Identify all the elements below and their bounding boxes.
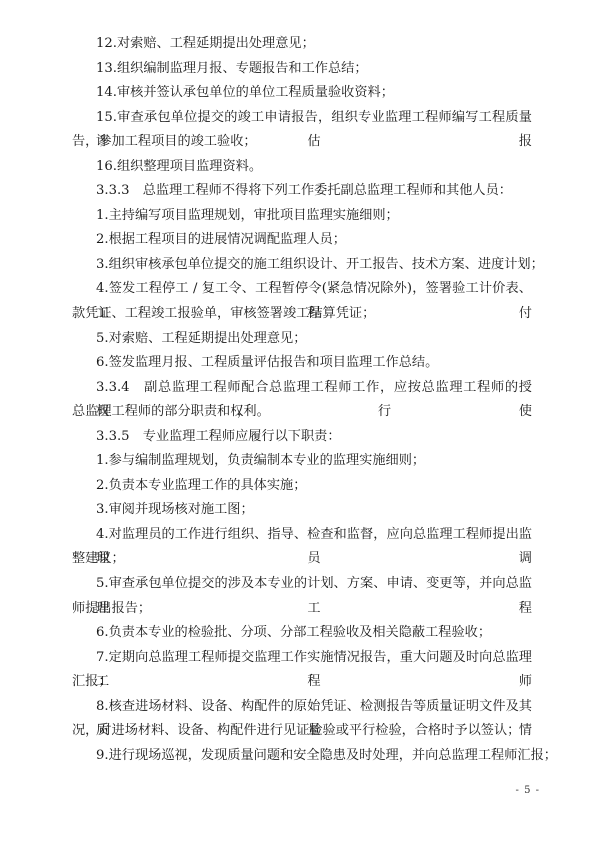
text-line: 15.审查承包单位提交的竣工申请报告，组织专业监理工程师编写工程质量评估报 — [72, 106, 532, 131]
text-line: 3.3.4 副总监理工程师配合总监理工程师工作，应按总监理工程师的授权，行使 — [72, 376, 532, 401]
text-line: 2.根据工程项目的进展情况调配监理人员； — [72, 228, 532, 253]
text-line: 3.审阅并现场核对施工图； — [72, 498, 532, 523]
text-line: 6.签发监理月报、工程质量评估报告和项目监理工作总结。 — [72, 351, 532, 376]
text-line: 5.对索赔、工程延期提出处理意见； — [72, 327, 532, 352]
text-line: 8.核查进场材料、设备、构配件的原始凭证、检测报告等质量证明文件及其质量情 — [72, 695, 532, 720]
body-text: 12.对索赔、工程延期提出处理意见；13.组织编制监理月报、专题报告和工作总结；… — [72, 32, 532, 768]
text-line: 5.审查承包单位提交的涉及本专业的计划、方案、申请、变更等，并向总监理工程 — [72, 572, 532, 597]
text-line: 9.进行现场巡视，发现质量问题和安全隐患及时处理，并向总监理工程师汇报； — [72, 744, 532, 769]
text-line: 16.组织整理项目监理资料。 — [72, 155, 532, 180]
text-line: 3.组织审核承包单位提交的施工组织设计、开工报告、技术方案、进度计划； — [72, 253, 532, 278]
text-line: 4.对监理员的工作进行组织、指导、检查和监督，应向总监理工程师提出监理员调 — [72, 523, 532, 548]
text-line: 7.定期向总监理工程师提交监理工作实施情况报告，重大问题及时向总监理工程师 — [72, 646, 532, 671]
text-line: 1.参与编制监理规划，负责编制本专业的监理实施细则； — [72, 449, 532, 474]
text-line: 况，对进场材料、设备、构配件进行见证检验或平行检验，合格时予以签认； — [72, 719, 532, 744]
text-line: 12.对索赔、工程延期提出处理意见； — [72, 32, 532, 57]
text-line: 1.主持编写项目监理规划，审批项目监理实施细则； — [72, 204, 532, 229]
text-line: 3.3.5 专业监理工程师应履行以下职责： — [72, 425, 532, 450]
text-line: 2.负责本专业监理工作的具体实施； — [72, 474, 532, 499]
text-line: 6.负责本专业的检验批、分项、分部工程验收及相关隐蔽工程验收； — [72, 621, 532, 646]
page-number: - 5 - — [480, 785, 540, 796]
text-line: 3.3.3 总监理工程师不得将下列工作委托副总监理工程师和其他人员： — [72, 179, 532, 204]
text-line: 14.审核并签认承包单位的单位工程质量验收资料； — [72, 81, 532, 106]
document-page: 12.对索赔、工程延期提出处理意见；13.组织编制监理月报、专题报告和工作总结；… — [0, 0, 600, 848]
text-line: 4.签发工程停工 / 复工令、工程暂停令(紧急情况除外)，签署验工计价表、工程付 — [72, 277, 532, 302]
text-line: 13.组织编制监理月报、专题报告和工作总结； — [72, 57, 532, 82]
